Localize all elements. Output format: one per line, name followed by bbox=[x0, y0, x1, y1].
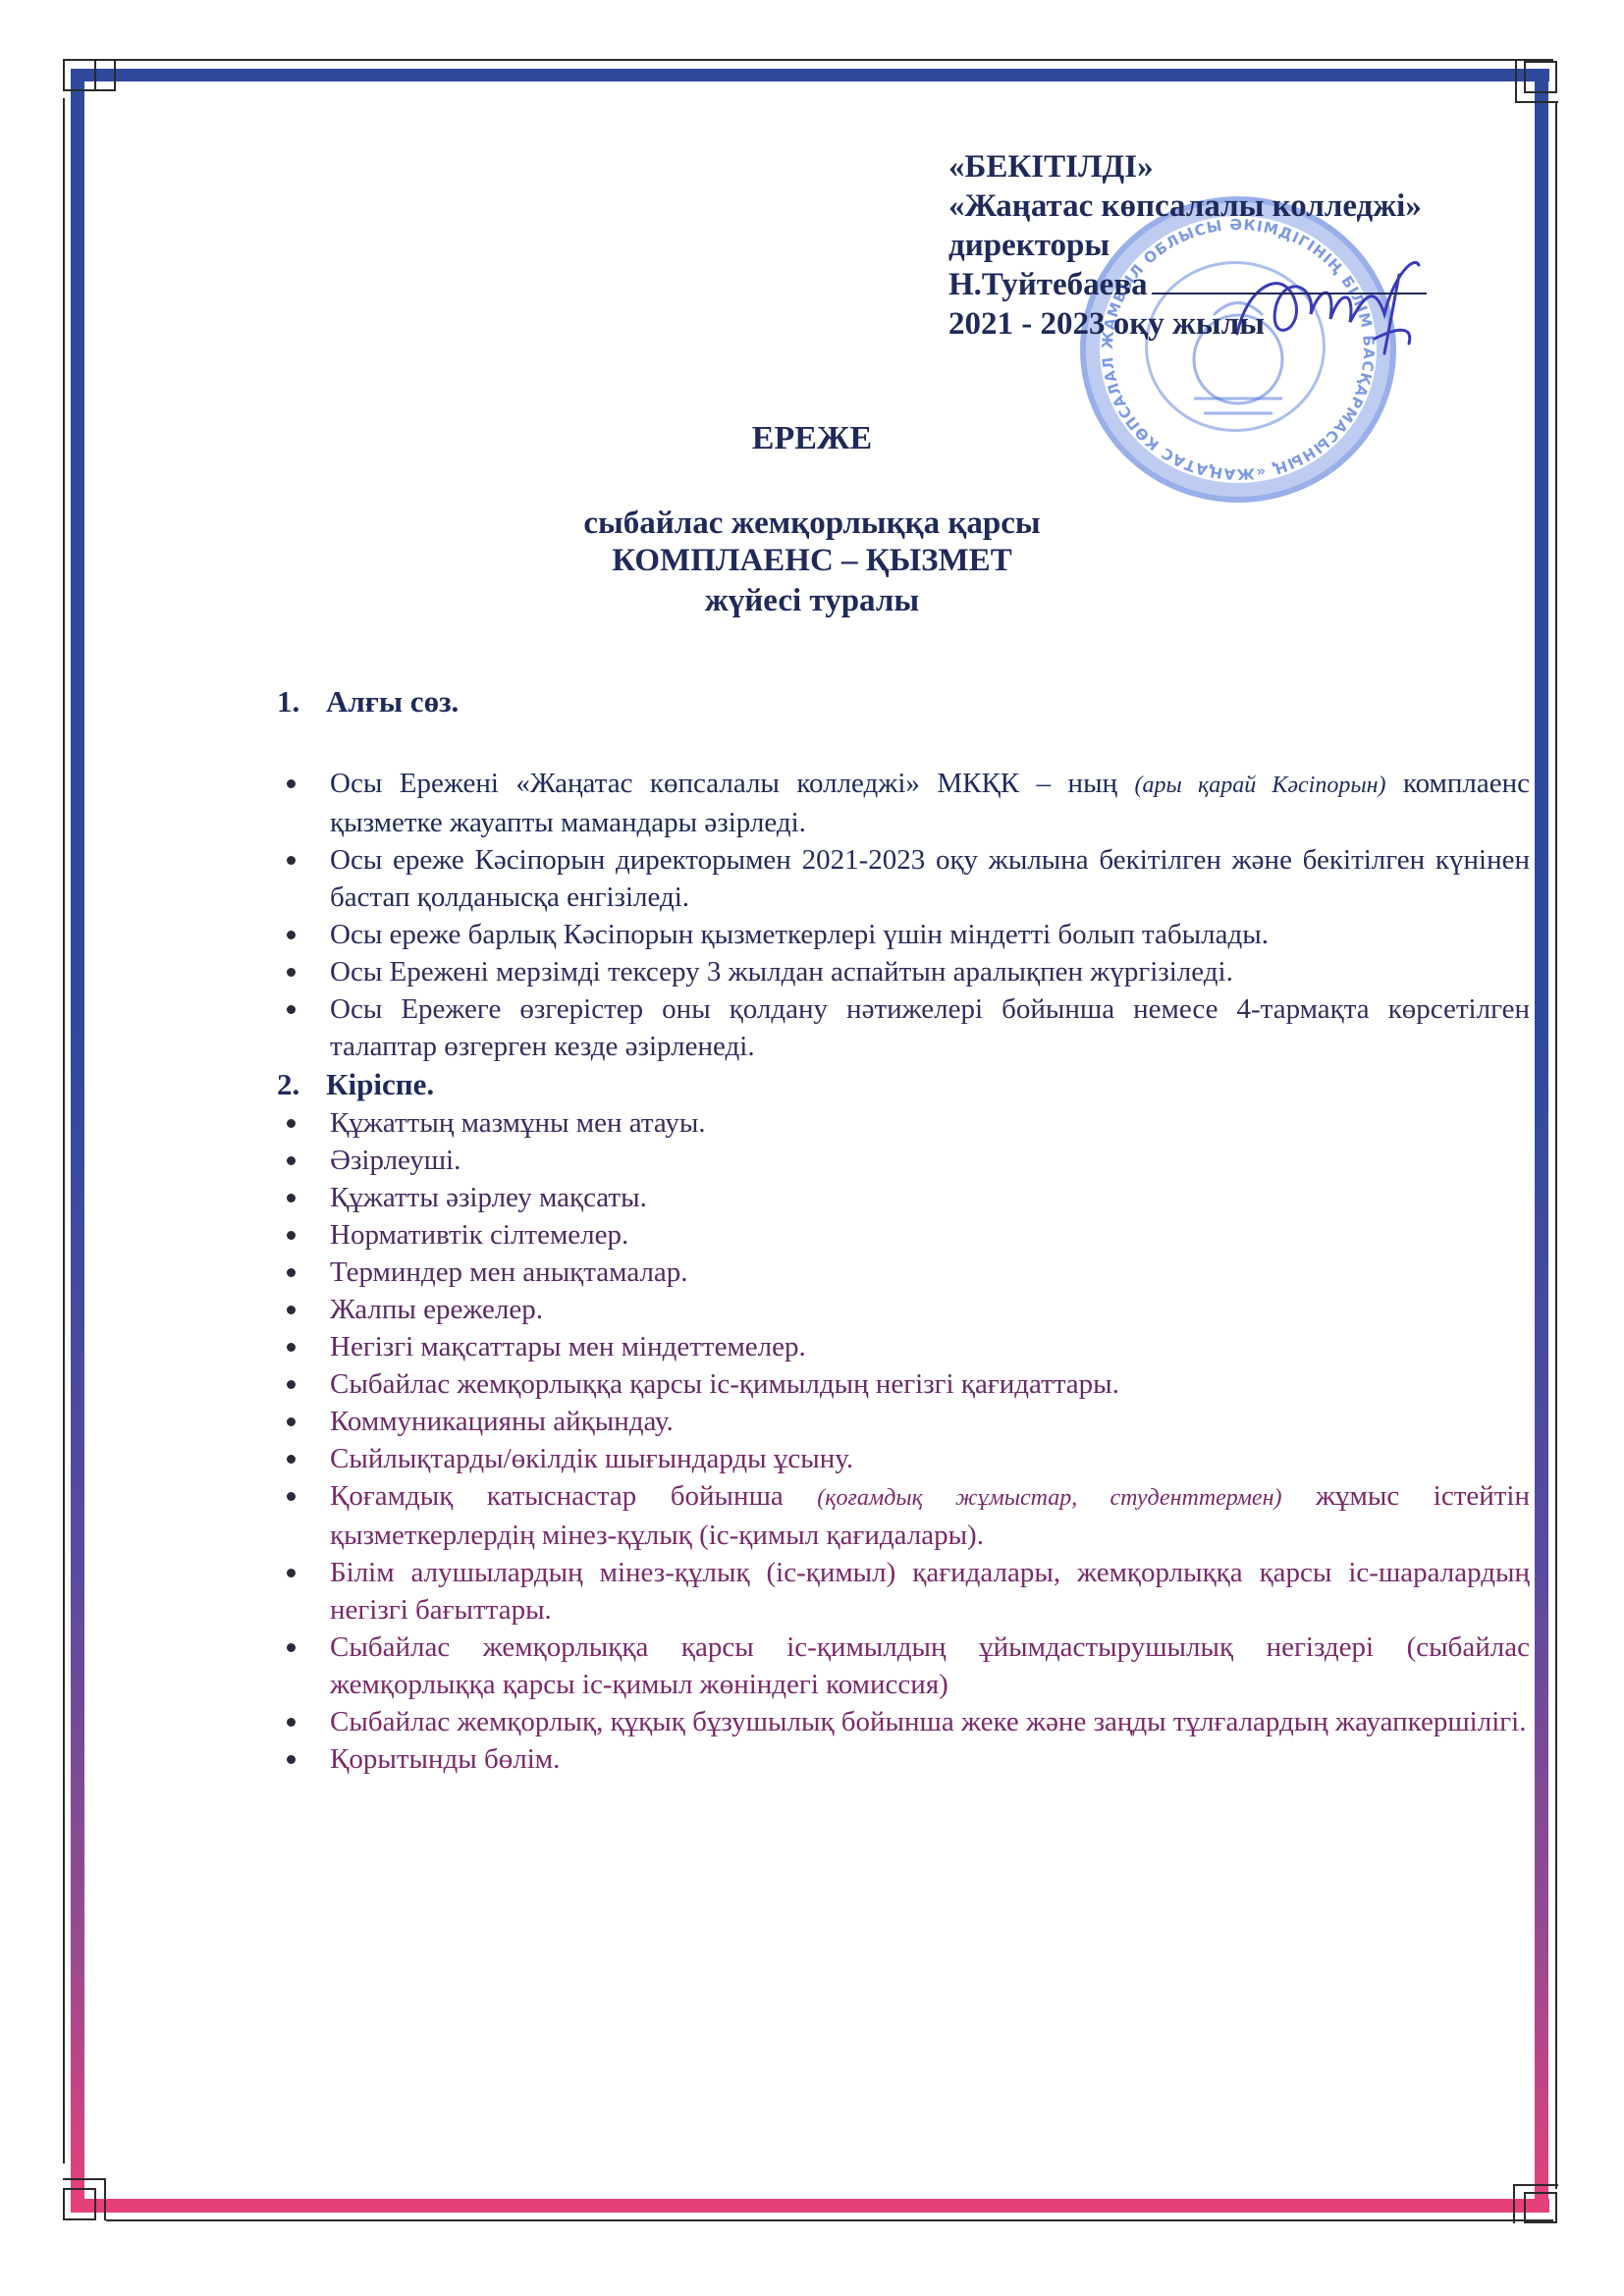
section-title: Кіріспе. bbox=[326, 1065, 434, 1104]
list-item: Сыбайлас жемқорлық, құқық бұзушылық бойы… bbox=[265, 1703, 1542, 1740]
frame-outer-top-line bbox=[95, 59, 1553, 61]
list-item-text: Осы ереже барлық Кәсіпорын қызметкерлері… bbox=[330, 919, 1269, 950]
list-item-text: Осы ереже Кәсіпорын директорымен 2021-20… bbox=[330, 844, 1530, 913]
list-item-text: Сыбайлас жемқорлық, құқық бұзушылық бойы… bbox=[330, 1706, 1526, 1737]
document-subtitle-line-1: сыбайлас жемқорлыққа қарсы bbox=[0, 506, 1624, 542]
list-item-text: Терминдер мен анықтамалар. bbox=[330, 1256, 688, 1288]
list-item: Сыбайлас жемқорлыққа қарсы іс-қимылдың ұ… bbox=[265, 1629, 1542, 1703]
approval-institution: «Жаңатас көпсалалы колледжі» bbox=[948, 187, 1427, 226]
section-foreword: 1. Алғы сөз. Осы Ережені «Жаңатас көпсал… bbox=[265, 682, 1542, 1065]
list-item-text: Осы Ережені мерзімді тексеру 3 жылдан ас… bbox=[330, 956, 1233, 988]
document-subtitle-line-2: КОМПЛАЕНС – ҚЫЗМЕТ bbox=[0, 543, 1624, 579]
list-item: Коммуникацияны айқындау. bbox=[265, 1403, 1542, 1440]
list-item-text: Қоғамдық катыснастар бойынша bbox=[330, 1480, 817, 1512]
list-item: Осы Ережеге өзгерістер оны қолдану нәтиж… bbox=[265, 990, 1542, 1065]
list-item: Осы Ережені «Жаңатас көпсалалы колледжі»… bbox=[265, 765, 1542, 841]
section-heading: 1. Алғы сөз. bbox=[265, 682, 1542, 721]
list-item: Жалпы ережелер. bbox=[265, 1291, 1542, 1328]
approval-heading: «БЕКІТІЛДІ» bbox=[948, 147, 1427, 187]
list-item-text: Сыйлықтарды/өкілдік шығындарды ұсыну. bbox=[330, 1443, 853, 1474]
list-item-text: Жалпы ережелер. bbox=[330, 1294, 543, 1325]
list-item: Әзірлеуші. bbox=[265, 1142, 1542, 1179]
list-item-text: Құжаттың мазмұны мен атауы. bbox=[330, 1107, 706, 1139]
corner-ornament-bottom-left-2 bbox=[63, 2178, 106, 2220]
list-item-text: Осы Ережеге өзгерістер оны қолдану нәтиж… bbox=[330, 993, 1530, 1062]
list-item-text: Сыбайлас жемқорлыққа қарсы іс-қимылдың н… bbox=[330, 1368, 1119, 1400]
approval-academic-year: 2021 - 2023 оқу жылы bbox=[948, 304, 1427, 344]
corner-ornament-bottom-right-2 bbox=[1513, 2184, 1558, 2223]
list-item: Сыйлықтарды/өкілдік шығындарды ұсыну. bbox=[265, 1440, 1542, 1477]
list-item-text: Қорытынды бөлім. bbox=[330, 1743, 560, 1775]
list-item: Осы ереже барлық Кәсіпорын қызметкерлері… bbox=[265, 916, 1542, 953]
list-item: Білім алушылардың мінез-құлық (іс-қимыл)… bbox=[265, 1554, 1542, 1629]
list-item-text: Әзірлеуші. bbox=[330, 1145, 460, 1176]
list-item-text: Коммуникацияны айқындау. bbox=[330, 1406, 674, 1437]
approval-block: «БЕКІТІЛДІ» «Жаңатас көпсалалы колледжі»… bbox=[948, 147, 1427, 344]
list-item: Қоғамдық катыснастар бойынша (қоғамдық ж… bbox=[265, 1477, 1542, 1554]
document-title: ЕРЕЖЕ bbox=[0, 420, 1624, 457]
section-number: 2. bbox=[265, 1065, 326, 1104]
list-item: Осы Ережені мерзімді тексеру 3 жылдан ас… bbox=[265, 953, 1542, 990]
document-body: 1. Алғы сөз. Осы Ережені «Жаңатас көпсал… bbox=[265, 682, 1542, 1778]
section-title: Алғы сөз. bbox=[326, 682, 459, 721]
list-item: Құжатты әзірлеу мақсаты. bbox=[265, 1179, 1542, 1216]
list-item: Құжаттың мазмұны мен атауы. bbox=[265, 1104, 1542, 1142]
list-item-text: Осы Ережені «Жаңатас көпсалалы колледжі»… bbox=[330, 768, 1135, 799]
list-item: Негізгі мақсаттары мен міндеттемелер. bbox=[265, 1328, 1542, 1365]
list-item-note: (қоғамдық жұмыстар, студенттермен) bbox=[817, 1485, 1281, 1511]
list-item: Қорытынды бөлім. bbox=[265, 1740, 1542, 1778]
section-heading: 2. Кіріспе. bbox=[265, 1065, 1542, 1104]
approval-signatory-name: Н.Туйтебаева bbox=[948, 267, 1148, 302]
corner-ornament-top-right-2 bbox=[1515, 61, 1558, 103]
list-item-text: Құжатты әзірлеу мақсаты. bbox=[330, 1182, 647, 1213]
list-item-text: Сыбайлас жемқорлыққа қарсы іс-қимылдың ұ… bbox=[330, 1631, 1530, 1700]
list-item: Нормативтік сілтемелер. bbox=[265, 1216, 1542, 1254]
frame-outer-left-line bbox=[63, 98, 65, 2163]
section-introduction: 2. Кіріспе. Құжаттың мазмұны мен атауы. … bbox=[265, 1065, 1542, 1778]
corner-ornament-top-left-2 bbox=[73, 59, 116, 91]
frame-bar-left bbox=[71, 69, 84, 2213]
list-item-note: (ары қарай Кәсіпорын) bbox=[1135, 773, 1386, 798]
approval-position: директоры bbox=[948, 226, 1427, 265]
list-item: Терминдер мен анықтамалар. bbox=[265, 1254, 1542, 1291]
frame-outer-bottom-line bbox=[106, 2219, 1553, 2221]
frame-bar-bottom bbox=[71, 2199, 1549, 2213]
introduction-list: Құжаттың мазмұны мен атауы. Әзірлеуші.Құ… bbox=[265, 1104, 1542, 1778]
list-item: Осы ереже Кәсіпорын директорымен 2021-20… bbox=[265, 841, 1542, 916]
list-item: Сыбайлас жемқорлыққа қарсы іс-қимылдың н… bbox=[265, 1365, 1542, 1403]
list-item-text: Нормативтік сілтемелер. bbox=[330, 1219, 628, 1251]
frame-outer-right-line bbox=[1555, 102, 1557, 2189]
document-subtitle-line-3: жүйесі туралы bbox=[0, 583, 1624, 619]
section-number: 1. bbox=[265, 682, 326, 721]
list-item-text: Білім алушылардың мінез-құлық (іс-қимыл)… bbox=[330, 1557, 1530, 1626]
list-item-text: Негізгі мақсаттары мен міндеттемелер. bbox=[330, 1331, 806, 1362]
signature-line bbox=[1152, 267, 1427, 294]
foreword-list: Осы Ережені «Жаңатас көпсалалы колледжі»… bbox=[265, 765, 1542, 1065]
approval-signatory: Н.Туйтебаева bbox=[948, 265, 1427, 304]
frame-bar-top bbox=[71, 69, 1549, 81]
